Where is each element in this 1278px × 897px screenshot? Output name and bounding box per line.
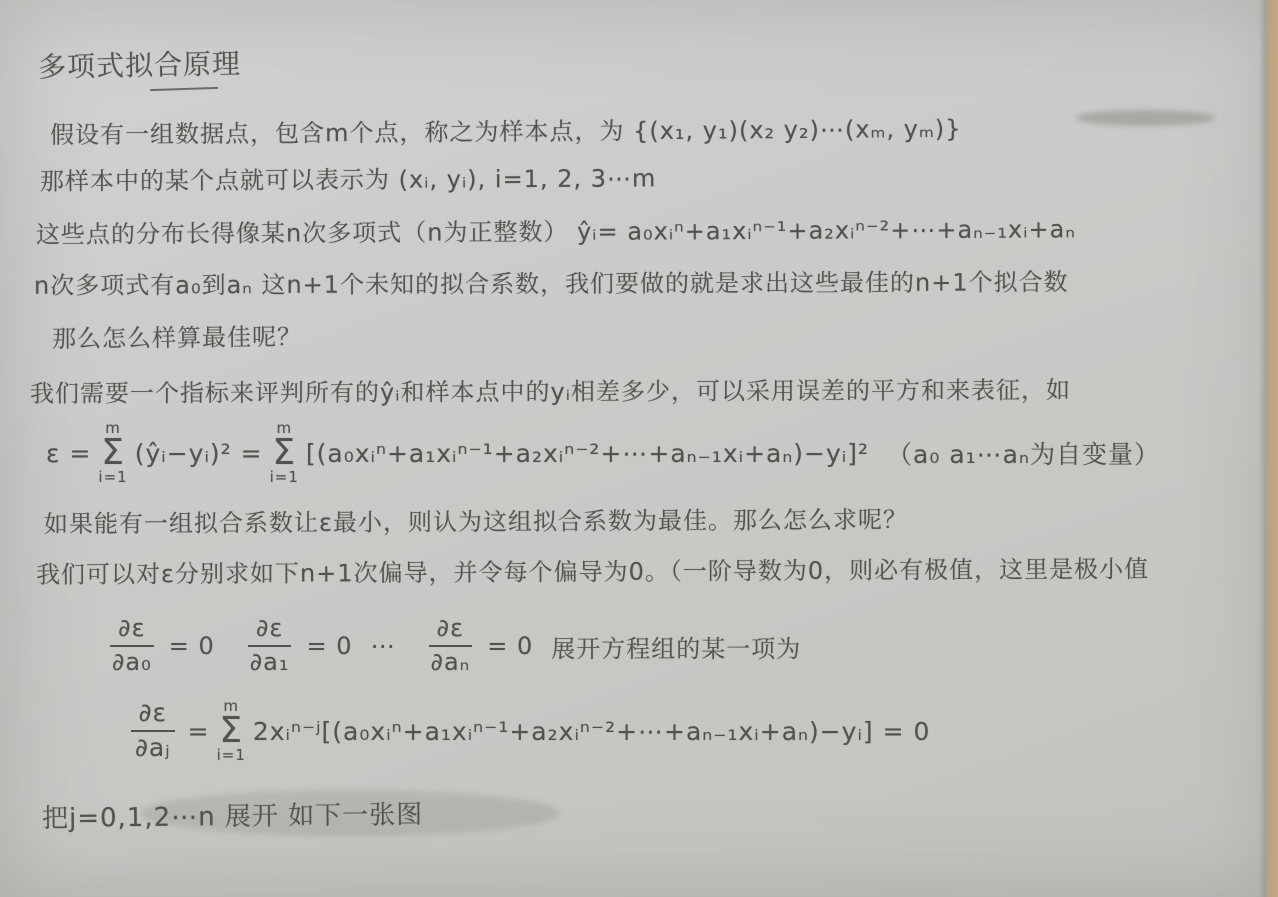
fraction-numerator: ∂ε: [429, 615, 472, 647]
line-expand-next-figure: 把j=0,1,2⋯n 展开 如下一张图: [42, 794, 424, 835]
formula-epsilon: ε = m Σ i=1 (ŷᵢ−yᵢ)² = m Σ i=1 [(a₀xᵢⁿ+a…: [46, 412, 1160, 494]
fraction-denominator: ∂aⱼ: [127, 732, 179, 763]
fraction-denominator: ∂a₁: [242, 647, 298, 677]
line-minimize-epsilon: 如果能有一组拟合系数让ε最小，则认为这组拟合系数为最佳。那么怎么求呢？: [44, 500, 908, 540]
equals-zero: = 0: [307, 632, 353, 660]
partials-tail-text: 展开方程组的某一项为: [551, 629, 801, 664]
sigma-icon: Σ: [101, 436, 125, 470]
sum-lower-limit: i=1: [98, 470, 127, 485]
title-underline: [150, 87, 218, 91]
fraction-numerator: ∂ε: [248, 615, 291, 647]
fraction-numerator: ∂ε: [131, 699, 175, 732]
sum-symbol: m Σ i=1: [270, 421, 299, 485]
sum-symbol: m Σ i=1: [98, 421, 127, 485]
fraction-denominator: ∂aₙ: [423, 647, 479, 677]
fraction-d-a1: ∂ε ∂a₁: [242, 615, 298, 676]
expansion-body: 2xᵢⁿ⁻ʲ[(a₀xᵢⁿ+a₁xᵢⁿ⁻¹+a₂xᵢⁿ⁻²+⋯+aₙ₋₁xᵢ+a…: [253, 717, 931, 746]
fraction-d-a0: ∂ε ∂a₀: [104, 615, 160, 676]
paper-edge-shadow: [1259, 0, 1265, 897]
fraction-d-an: ∂ε ∂aₙ: [423, 615, 479, 676]
desk-edge-strip: [1265, 0, 1278, 897]
equals-zero: = 0: [169, 632, 215, 660]
ellipsis: ⋯: [371, 632, 396, 660]
line-polynomial-model: 这些点的分布长得像某n次多项式（n为正整数） ŷᵢ= a₀xᵢⁿ+a₁xᵢⁿ⁻¹…: [36, 209, 1076, 249]
epsilon-lhs: ε =: [46, 439, 91, 468]
line-point-notation: 那样本中的某个点就可以表示为 (xᵢ, yᵢ), i=1, 2, 3⋯m: [40, 158, 657, 196]
equals-sign: =: [188, 717, 210, 746]
line-unknown-coefficients: n次多项式有a₀到aₙ 这n+1个未知的拟合系数，我们要做的就是求出这些最佳的n…: [34, 262, 1069, 301]
formula-expansion-term: ∂ε ∂aⱼ = m Σ i=1 2xᵢⁿ⁻ʲ[(a₀xᵢⁿ+a₁xᵢⁿ⁻¹+a…: [118, 688, 930, 774]
handwritten-note-page: 多项式拟合原理 假设有一组数据点，包含m个点，称之为样本点，为 {(x₁, y₁…: [0, 0, 1278, 897]
epsilon-rhs: [(a₀xᵢⁿ+a₁xᵢⁿ⁻¹+a₂xᵢⁿ⁻²+⋯+aₙ₋₁xᵢ+aₙ)−yᵢ]…: [306, 439, 869, 468]
page-title: 多项式拟合原理: [38, 42, 242, 86]
sum-lower-limit: i=1: [217, 748, 246, 763]
sum-lower-limit: i=1: [270, 470, 299, 485]
line-error-metric: 我们需要一个指标来评判所有的ŷᵢ和样本点中的yᵢ相差多少，可以采用误差的平方和来…: [30, 370, 1071, 409]
formula-partial-conditions: ∂ε ∂a₀ = 0 ∂ε ∂a₁ = 0 ⋯ ∂ε ∂aₙ = 0 展开方程组…: [95, 606, 801, 686]
line-sample-points: 假设有一组数据点，包含m个点，称之为样本点，为 {(x₁, y₁)(x₂ y₂)…: [50, 109, 962, 150]
fraction-denominator: ∂a₀: [104, 647, 160, 677]
equals-zero: = 0: [487, 632, 533, 660]
line-what-is-best: 那么怎么样算最佳呢？: [52, 317, 302, 354]
sum-symbol: m Σ i=1: [217, 699, 246, 763]
sigma-icon: Σ: [272, 436, 296, 470]
pencil-smudge: [1075, 110, 1215, 126]
epsilon-note: （a₀ a₁⋯aₙ为自变量）: [887, 435, 1160, 471]
line-partial-derivatives-intro: 我们可以对ε分别求如下n+1次偏导，并令每个偏导为0。（一阶导数为0，则必有极值…: [36, 549, 1149, 590]
epsilon-mid: (ŷᵢ−yᵢ)² =: [135, 439, 263, 468]
sigma-icon: Σ: [219, 714, 243, 748]
fraction-numerator: ∂ε: [110, 615, 153, 647]
fraction-d-aj: ∂ε ∂aⱼ: [127, 699, 179, 763]
